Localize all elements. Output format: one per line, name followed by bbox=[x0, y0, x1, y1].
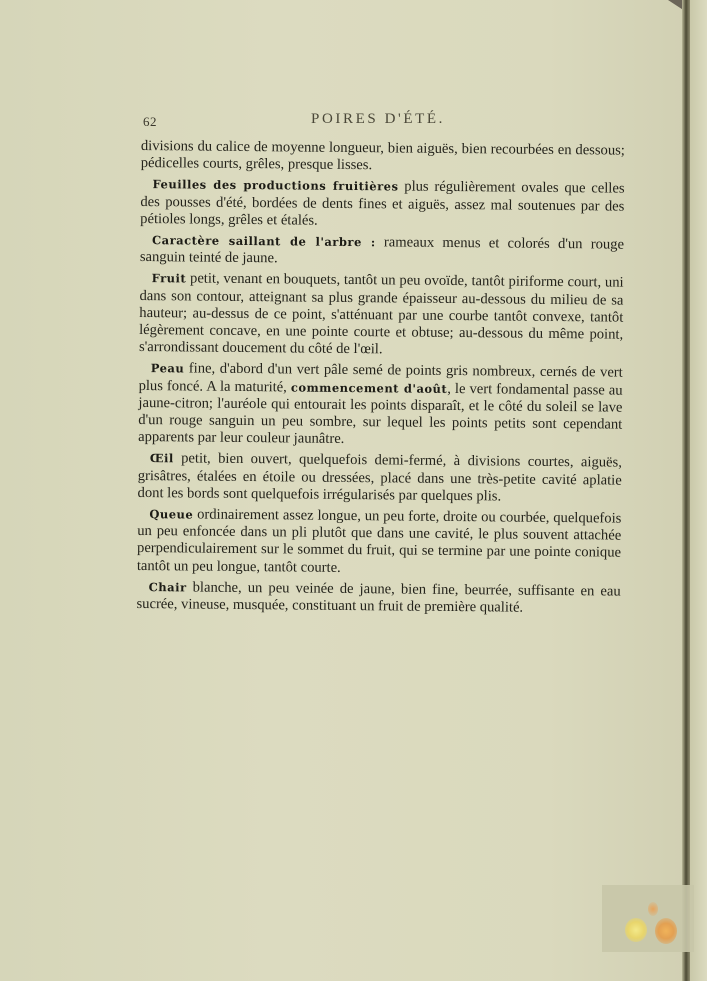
paragraph-keyword-maturity: commencement d'août bbox=[291, 380, 448, 396]
facing-page-edge bbox=[690, 0, 707, 981]
paragraph-text: petit, venant en bouquets, tantôt un peu… bbox=[139, 271, 624, 358]
paragraph-text: blanche, un peu veinée de jaune, bien fi… bbox=[136, 579, 620, 615]
paragraph-keyword: Peau bbox=[151, 362, 185, 376]
paragraph-keyword: Fruit bbox=[152, 272, 187, 286]
paragraph-text: petit, bien ouvert, quelquefois demi-fer… bbox=[138, 451, 622, 505]
body-text: divisions du calice de moyenne longueur,… bbox=[136, 138, 625, 622]
page-header: 62 POIRES D'ÉTÉ. bbox=[143, 111, 623, 131]
paragraph-keyword: Chair bbox=[149, 580, 187, 594]
paragraph-chair: Chair blanche, un peu veinée de jaune, b… bbox=[136, 579, 620, 618]
book-gutter bbox=[682, 0, 690, 981]
paragraph-caractere: Caractère saillant de l'arbre : rameaux … bbox=[140, 232, 624, 271]
light-reflection bbox=[648, 902, 658, 916]
paragraph-text: ordinairement assez longue, un peu forte… bbox=[137, 507, 622, 576]
paragraph-keyword: Caractère saillant de l'arbre : bbox=[152, 233, 376, 249]
paragraph-keyword: Queue bbox=[149, 507, 193, 521]
photo-reflection bbox=[602, 885, 694, 952]
paragraph-calice: divisions du calice de moyenne longueur,… bbox=[141, 138, 625, 177]
paragraph-fruit: Fruit petit, venant en bouquets, tantôt … bbox=[139, 270, 624, 361]
light-reflection bbox=[625, 918, 647, 942]
paragraph-queue: Queue ordinairement assez longue, un peu… bbox=[137, 506, 622, 579]
paragraph-keyword: Feuilles des productions fruitières bbox=[152, 178, 398, 194]
paragraph-oeil: Œil petit, bien ouvert, quelquefois demi… bbox=[138, 450, 622, 506]
paragraph-text: divisions du calice de moyenne longueur,… bbox=[141, 138, 625, 173]
page-number: 62 bbox=[143, 114, 157, 130]
paragraph-feuilles: Feuilles des productions fruitières plus… bbox=[140, 176, 624, 232]
paragraph-peau: Peau fine, d'abord d'un vert pâle semé d… bbox=[138, 360, 623, 451]
running-title: POIRES D'ÉTÉ. bbox=[311, 111, 445, 128]
paragraph-keyword: Œil bbox=[150, 452, 174, 466]
light-reflection bbox=[655, 918, 677, 944]
